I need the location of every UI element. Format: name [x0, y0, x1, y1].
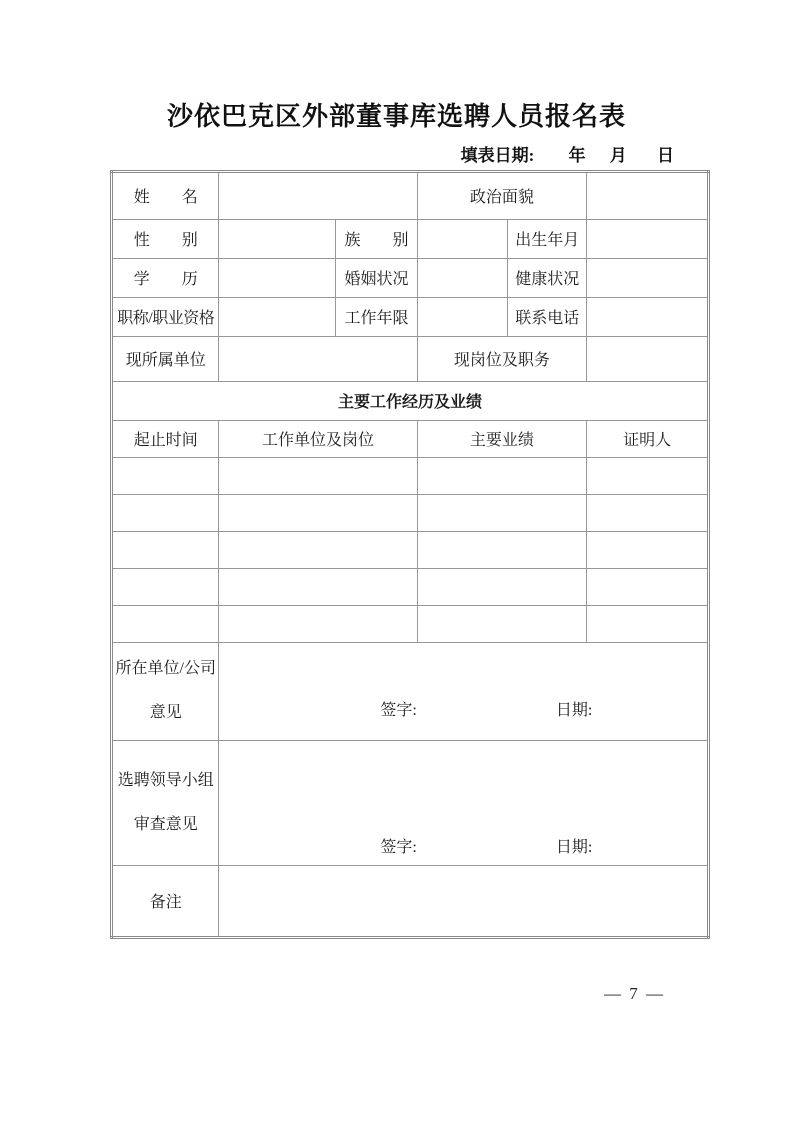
experience-section-title: 主要工作经历及业绩: [112, 381, 709, 420]
exp-cell-employer-5[interactable]: [219, 605, 417, 642]
row-education: 学 历 婚姻状况 健康状况: [112, 258, 709, 297]
exp-cell-period-1[interactable]: [112, 457, 219, 494]
input-marital-status[interactable]: [417, 258, 508, 297]
committee-sign-date-label: 日期:: [556, 834, 592, 857]
row-professional-title: 职称/职业资格 工作年限 联系电话: [112, 297, 709, 336]
field-label-gender: 性 别: [112, 219, 219, 258]
field-label-current-employer: 现所属单位: [112, 336, 219, 381]
fill-date-line: 填表日期: 年 月 日: [110, 141, 710, 166]
row-committee-opinion: 选聘领导小组 审查意见 签字: 日期:: [112, 740, 709, 865]
field-label-professional-title: 职称/职业资格: [112, 297, 219, 336]
committee-opinion-area[interactable]: 签字: 日期:: [219, 740, 709, 865]
exp-header-employer-post: 工作单位及岗位: [219, 420, 417, 457]
committee-signature-label: 签字:: [380, 834, 416, 857]
input-work-years[interactable]: [417, 297, 508, 336]
field-label-name: 姓 名: [112, 171, 219, 219]
input-current-position[interactable]: [587, 336, 709, 381]
exp-header-achievements: 主要业绩: [417, 420, 587, 457]
input-ethnicity[interactable]: [417, 219, 508, 258]
exp-cell-reference-3[interactable]: [587, 531, 709, 568]
experience-row-2: [112, 494, 709, 531]
input-name[interactable]: [219, 171, 417, 219]
employer-signature-label: 签字:: [380, 697, 416, 720]
field-label-birth-date: 出生年月: [508, 219, 587, 258]
row-remarks: 备注: [112, 865, 709, 937]
document-page: 沙依巴克区外部董事库选聘人员报名表 填表日期: 年 月 日 姓 名 政治面貌 性…: [0, 0, 793, 1122]
exp-cell-achievements-3[interactable]: [417, 531, 587, 568]
exp-cell-reference-5[interactable]: [587, 605, 709, 642]
exp-cell-achievements-5[interactable]: [417, 605, 587, 642]
input-phone[interactable]: [587, 297, 709, 336]
remarks-area[interactable]: [219, 865, 709, 937]
row-current-employer: 现所属单位 现岗位及职务: [112, 336, 709, 381]
input-gender[interactable]: [219, 219, 336, 258]
exp-cell-reference-4[interactable]: [587, 568, 709, 605]
field-label-ethnicity: 族 别: [336, 219, 417, 258]
experience-row-4: [112, 568, 709, 605]
field-label-health-status: 健康状况: [508, 258, 587, 297]
experience-row-1: [112, 457, 709, 494]
field-label-political-status: 政治面貌: [417, 171, 587, 219]
exp-header-period: 起止时间: [112, 420, 219, 457]
date-year-label: 年: [569, 146, 586, 165]
exp-cell-period-2[interactable]: [112, 494, 219, 531]
exp-cell-period-5[interactable]: [112, 605, 219, 642]
input-professional-title[interactable]: [219, 297, 336, 336]
exp-cell-achievements-2[interactable]: [417, 494, 587, 531]
field-label-work-years: 工作年限: [336, 297, 417, 336]
field-label-current-position: 现岗位及职务: [417, 336, 587, 381]
remarks-label: 备注: [112, 865, 219, 937]
row-name: 姓 名 政治面貌: [112, 171, 709, 219]
row-experience-section-title: 主要工作经历及业绩: [112, 381, 709, 420]
employer-sign-date-label: 日期:: [556, 697, 592, 720]
field-label-phone: 联系电话: [508, 297, 587, 336]
exp-cell-reference-2[interactable]: [587, 494, 709, 531]
exp-cell-employer-4[interactable]: [219, 568, 417, 605]
exp-cell-achievements-4[interactable]: [417, 568, 587, 605]
page-number: — 7 —: [0, 984, 793, 1004]
date-month-label: 月: [610, 146, 627, 165]
exp-cell-employer-1[interactable]: [219, 457, 417, 494]
row-gender: 性 别 族 别 出生年月: [112, 219, 709, 258]
employer-opinion-area[interactable]: 签字: 日期:: [219, 642, 709, 740]
fill-date-label: 填表日期:: [461, 146, 535, 165]
exp-cell-period-4[interactable]: [112, 568, 219, 605]
field-label-marital-status: 婚姻状况: [336, 258, 417, 297]
exp-cell-employer-3[interactable]: [219, 531, 417, 568]
row-employer-opinion: 所在单位/公司 意见 签字: 日期:: [112, 642, 709, 740]
date-day-label: 日: [657, 146, 674, 165]
exp-header-reference: 证明人: [587, 420, 709, 457]
application-form-table: 姓 名 政治面貌 性 别 族 别 出生年月 学 历 婚姻状况 健康状况 职称/职…: [110, 170, 710, 939]
input-health-status[interactable]: [587, 258, 709, 297]
experience-row-3: [112, 531, 709, 568]
exp-cell-period-3[interactable]: [112, 531, 219, 568]
experience-row-5: [112, 605, 709, 642]
input-birth-date[interactable]: [587, 219, 709, 258]
row-experience-header: 起止时间 工作单位及岗位 主要业绩 证明人: [112, 420, 709, 457]
exp-cell-employer-2[interactable]: [219, 494, 417, 531]
employer-opinion-label: 所在单位/公司 意见: [112, 642, 219, 740]
input-current-employer[interactable]: [219, 336, 417, 381]
committee-opinion-label: 选聘领导小组 审查意见: [112, 740, 219, 865]
field-label-education: 学 历: [112, 258, 219, 297]
input-political-status[interactable]: [587, 171, 709, 219]
input-education[interactable]: [219, 258, 336, 297]
exp-cell-achievements-1[interactable]: [417, 457, 587, 494]
page-title: 沙依巴克区外部董事库选聘人员报名表: [0, 100, 793, 134]
exp-cell-reference-1[interactable]: [587, 457, 709, 494]
